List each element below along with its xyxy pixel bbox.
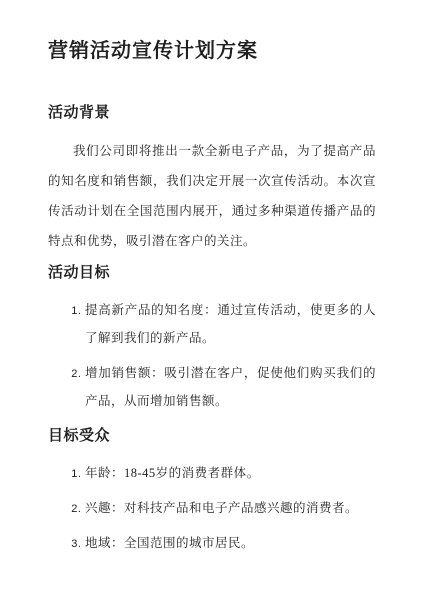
- list-item: 年龄：18-45岁的消费者群体。: [85, 459, 376, 487]
- list-item: 增加销售额：吸引潜在客户，促使他们购买我们的产品，从而增加销售额。: [85, 359, 376, 415]
- section-background-heading: 活动背景: [48, 102, 376, 124]
- document-page: 营销活动宣传计划方案 活动背景 我们公司即将推出一款全新电子产品，为了提高产品的…: [0, 0, 424, 600]
- list-item: 地域：全国范围的城市居民。: [85, 529, 376, 557]
- section-goals: 活动目标 提高新产品的知名度：通过宣传活动，使更多的人了解到我们的新产品。 增加…: [48, 262, 376, 415]
- list-item: 提高新产品的知名度：通过宣传活动，使更多的人了解到我们的新产品。: [85, 296, 376, 352]
- goals-list: 提高新产品的知名度：通过宣传活动，使更多的人了解到我们的新产品。 增加销售额：吸…: [48, 296, 376, 415]
- section-background: 活动背景 我们公司即将推出一款全新电子产品，为了提高产品的知名度和销售额，我们决…: [48, 102, 376, 256]
- list-item: 兴趣：对科技产品和电子产品感兴趣的消费者。: [85, 494, 376, 522]
- section-audience-heading: 目标受众: [48, 425, 376, 447]
- audience-list: 年龄：18-45岁的消费者群体。 兴趣：对科技产品和电子产品感兴趣的消费者。 地…: [48, 459, 376, 557]
- section-audience: 目标受众 年龄：18-45岁的消费者群体。 兴趣：对科技产品和电子产品感兴趣的消…: [48, 425, 376, 557]
- document-title: 营销活动宣传计划方案: [48, 38, 376, 64]
- section-background-paragraph: 我们公司即将推出一款全新电子产品，为了提高产品的知名度和销售额，我们决定开展一次…: [48, 136, 376, 256]
- section-goals-heading: 活动目标: [48, 262, 376, 284]
